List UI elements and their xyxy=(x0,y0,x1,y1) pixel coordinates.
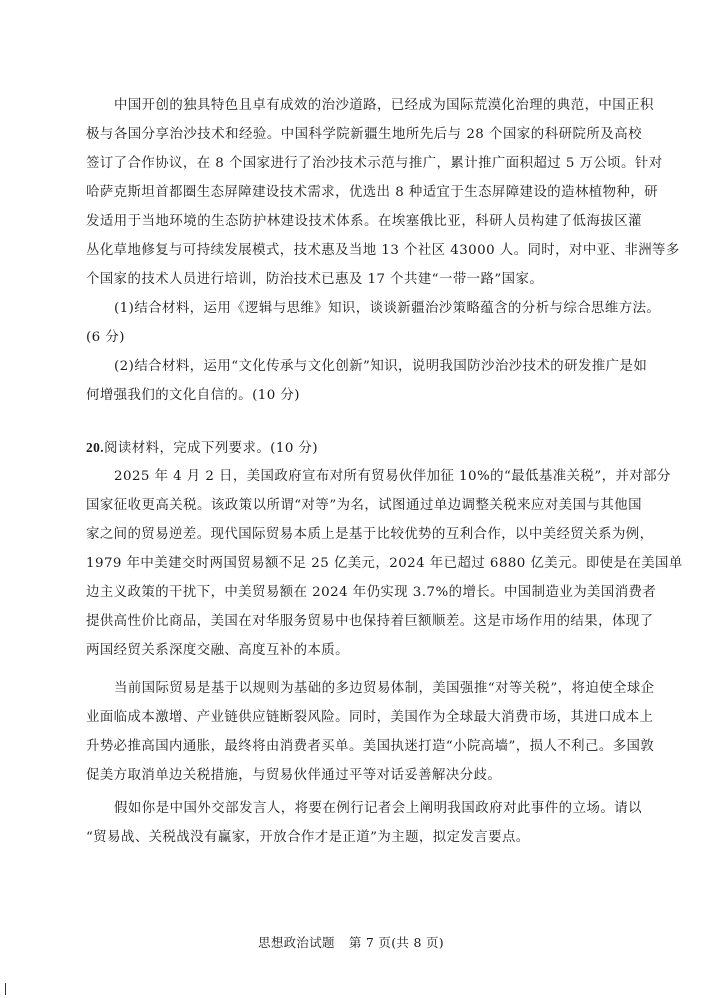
text-line: 提供高性价比商品，美国在对华服务贸易中也保持着巨额顺差。这是市场作用的结果，体现… xyxy=(86,613,642,631)
text-line: 2025 年 4 月 2 日，美国政府宣布对所有贸易伙伴加征 10%的“最低基准… xyxy=(114,468,642,486)
text-line: 两国经贸关系深度交融、高度互补的本质。 xyxy=(86,642,642,660)
text-line: “贸易战、关税战没有赢家，开放合作才是正道”为主题，拟定发言要点。 xyxy=(86,829,642,847)
text-line: 中国开创的独具特色且卓有成效的治沙道路，已经成为国际荒漠化治理的典范，中国正积 xyxy=(114,97,642,115)
footer-page-number: 第 7 页(共 8 页) xyxy=(349,935,444,950)
text-line: 丛化草地修复与可持续发展模式，技术惠及当地 13 个社区 43000 人。同时，… xyxy=(86,242,642,260)
question-heading: 20.阅读材料，完成下列要求。(10 分) xyxy=(86,439,642,458)
scan-artifact-mark xyxy=(5,983,6,995)
text-line: 个国家的技术人员进行培训，防治技术已惠及 17 个共建“一带一路”国家。 xyxy=(86,271,642,289)
score-label: (6 分) xyxy=(86,329,642,347)
text-line: 促美方取消单边关税措施，与贸易伙伴通过平等对话妥善解决分歧。 xyxy=(86,767,642,785)
question-number: 20. xyxy=(86,440,104,455)
text-line: 家之间的贸易逆差。现代国际贸易本质上是基于比较优势的互利合作，以中美经贸关系为例… xyxy=(86,526,642,544)
text-line: (1)结合材料，运用《逻辑与思维》知识，谈谈新疆治沙策略蕴含的分析与综合思维方法… xyxy=(114,300,642,318)
text-line: 极与各国分享治沙技术和经验。中国科学院新疆生地所先后与 28 个国家的科研院所及… xyxy=(86,126,642,144)
text-line: 假如你是中国外交部发言人，将要在例行记者会上阐明我国政府对此事件的立场。请以 xyxy=(114,800,642,818)
text-line: 哈萨克斯坦首都圈生态屏障建设技术需求，优选出 8 种适宜于生态屏障建设的造林植物… xyxy=(86,184,642,202)
text-line: 边主义政策的干扰下，中美贸易额在 2024 年仍实现 3.7%的增长。中国制造业… xyxy=(86,584,642,602)
text-line: 何增强我们的文化自信的。(10 分) xyxy=(86,387,642,405)
text-line: 1979 年中美建交时两国贸易额不足 25 亿美元，2024 年已超过 6880… xyxy=(86,555,642,573)
text-line: 国家征收更高关税。该政策以所谓“对等”为名，试图通过单边调整关税来应对美国与其他… xyxy=(86,497,642,515)
page-footer: 思想政治试题第 7 页(共 8 页) xyxy=(0,935,702,951)
text-line: (2)结合材料，运用“文化传承与文化创新”知识，说明我国防沙治沙技术的研发推广是… xyxy=(114,358,642,376)
text-line: 业面临成本激增、产业链供应链断裂风险。同时，美国作为全球最大消费市场，其进口成本… xyxy=(86,709,642,727)
text-line: 发适用于当地环境的生态防护林建设技术体系。在埃塞俄比亚，科研人员构建了低海拔区灌 xyxy=(86,213,642,231)
text-line: 当前国际贸易是基于以规则为基础的多边贸易体制，美国强推“对等关税”，将迫使全球企 xyxy=(114,680,642,698)
question-prompt: 阅读材料，完成下列要求。(10 分) xyxy=(104,441,318,456)
text-line: 签订了合作协议，在 8 个国家进行了治沙技术示范与推广，累计推广面积超过 5 万… xyxy=(86,155,642,173)
footer-subject: 思想政治试题 xyxy=(258,935,335,950)
exam-page: 中国开创的独具特色且卓有成效的治沙道路，已经成为国际荒漠化治理的典范，中国正积 … xyxy=(0,0,702,998)
text-line: 升势必推高国内通胀，最终将由消费者买单。美国执迷打造“小院高墙”，损人不利己。多… xyxy=(86,738,642,756)
